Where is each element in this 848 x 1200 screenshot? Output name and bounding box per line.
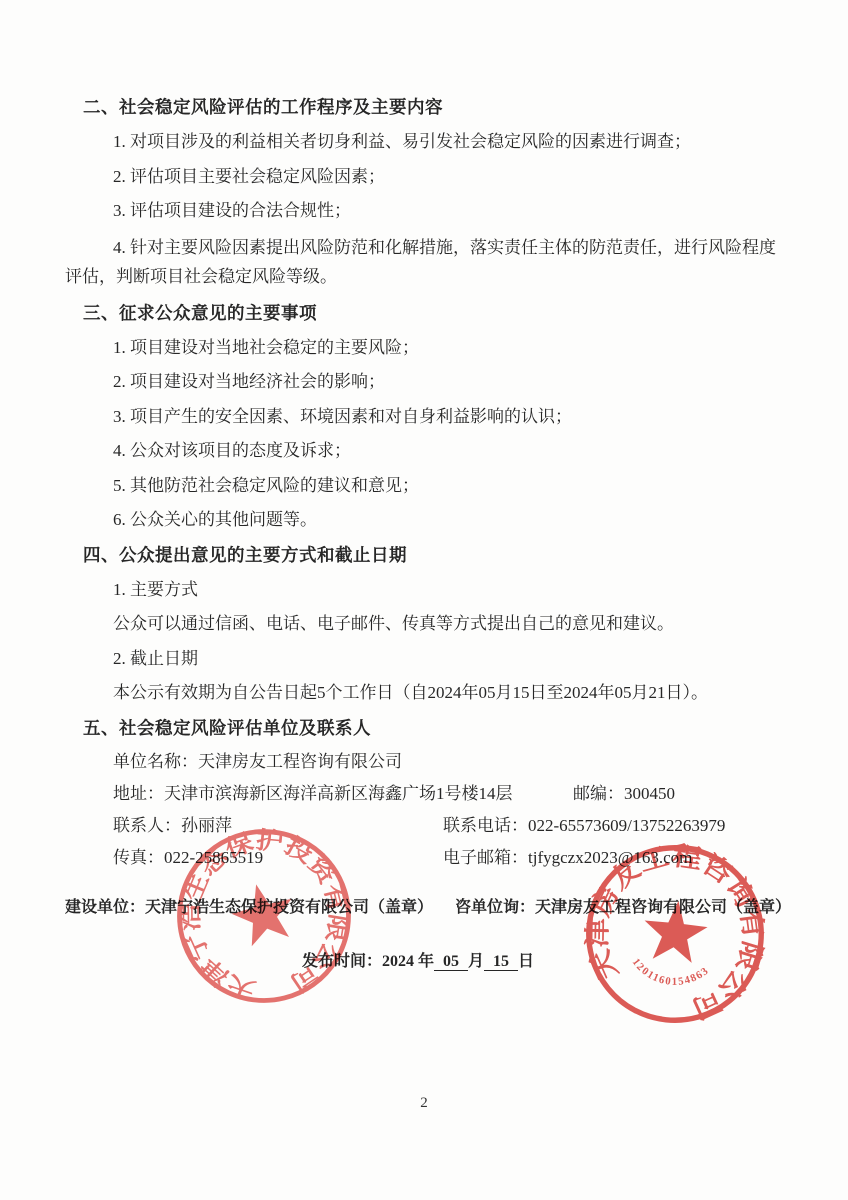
contact-row: 地址：天津市滨海新区海洋高新区海鑫广场1号楼14层 邮编：300450: [113, 778, 786, 810]
address: 地址：天津市滨海新区海洋高新区海鑫广场1号楼14层: [113, 778, 573, 810]
paragraph: 公众可以通过信函、电话、电子邮件、传真等方式提出自己的意见和建议。: [113, 607, 786, 642]
list-item: 6. 公众关心的其他问题等。: [113, 503, 786, 538]
section-heading-3: 三、征求公众意见的主要事项: [83, 296, 786, 331]
publish-suffix: 日: [518, 953, 534, 970]
construction-unit: 建设单位：天津宁浩生态保护投资有限公司（盖章）: [65, 896, 455, 920]
section-heading-5: 五、社会稳定风险评估单位及联系人: [83, 711, 786, 746]
list-item: 2. 项目建设对当地经济社会的影响；: [113, 365, 786, 400]
page-number: 2: [0, 1095, 848, 1112]
list-item: 2. 截止日期: [113, 642, 786, 677]
publish-prefix: 发布时间：2024 年: [302, 953, 434, 970]
list-item: 3. 评估项目建设的合法合规性；: [113, 194, 786, 229]
email: 电子邮箱：tjfygczx2023@163.com: [443, 842, 692, 874]
section-heading-2: 二、社会稳定风险评估的工作程序及主要内容: [83, 90, 786, 125]
list-item: 1. 主要方式: [113, 573, 786, 608]
list-item: 2. 评估项目主要社会稳定风险因素；: [113, 160, 786, 195]
signature-line: 建设单位：天津宁浩生态保护投资有限公司（盖章） 咨单位询：天津房友工程咨询有限公…: [65, 896, 786, 920]
paragraph: 本公示有效期为自公告日起5个工作日（自2024年05月15日至2024年05月2…: [113, 676, 786, 711]
list-item: 5. 其他防范社会稳定风险的建议和意见；: [113, 469, 786, 504]
contact-row: 联系人：孙丽萍 联系电话：022-65573609/13752263979: [113, 810, 786, 842]
publish-month: 05: [434, 953, 468, 971]
publish-mid: 月: [468, 953, 484, 970]
unit-name: 单位名称：天津房友工程咨询有限公司: [113, 746, 402, 778]
fax: 传真：022-25865519: [113, 842, 443, 874]
list-item: 3. 项目产生的安全因素、环境因素和对自身利益影响的认识；: [113, 400, 786, 435]
list-item-wrapped: 4. 针对主要风险因素提出风险防范和化解措施，落实责任主体的防范责任，进行风险程…: [65, 233, 786, 291]
contact-row: 传真：022-25865519 电子邮箱：tjfygczx2023@163.co…: [113, 842, 786, 874]
consulting-unit: 咨单位询：天津房友工程咨询有限公司（盖章）: [455, 896, 786, 920]
list-item: 1. 项目建设对当地社会稳定的主要风险；: [113, 331, 786, 366]
postcode: 邮编：300450: [573, 778, 675, 810]
publish-day: 15: [484, 953, 518, 971]
section-heading-4: 四、公众提出意见的主要方式和截止日期: [83, 538, 786, 573]
contact-person: 联系人：孙丽萍: [113, 810, 443, 842]
list-item: 4. 公众对该项目的态度及诉求；: [113, 434, 786, 469]
document-page: 二、社会稳定风险评估的工作程序及主要内容 1. 对项目涉及的利益相关者切身利益、…: [0, 0, 848, 1200]
contact-row: 单位名称：天津房友工程咨询有限公司: [113, 746, 786, 778]
list-item: 1. 对项目涉及的利益相关者切身利益、易引发社会稳定风险的因素进行调查；: [113, 125, 786, 160]
publish-date-line: 发布时间：2024 年05月15日: [302, 950, 786, 974]
contact-phone: 联系电话：022-65573609/13752263979: [443, 810, 725, 842]
